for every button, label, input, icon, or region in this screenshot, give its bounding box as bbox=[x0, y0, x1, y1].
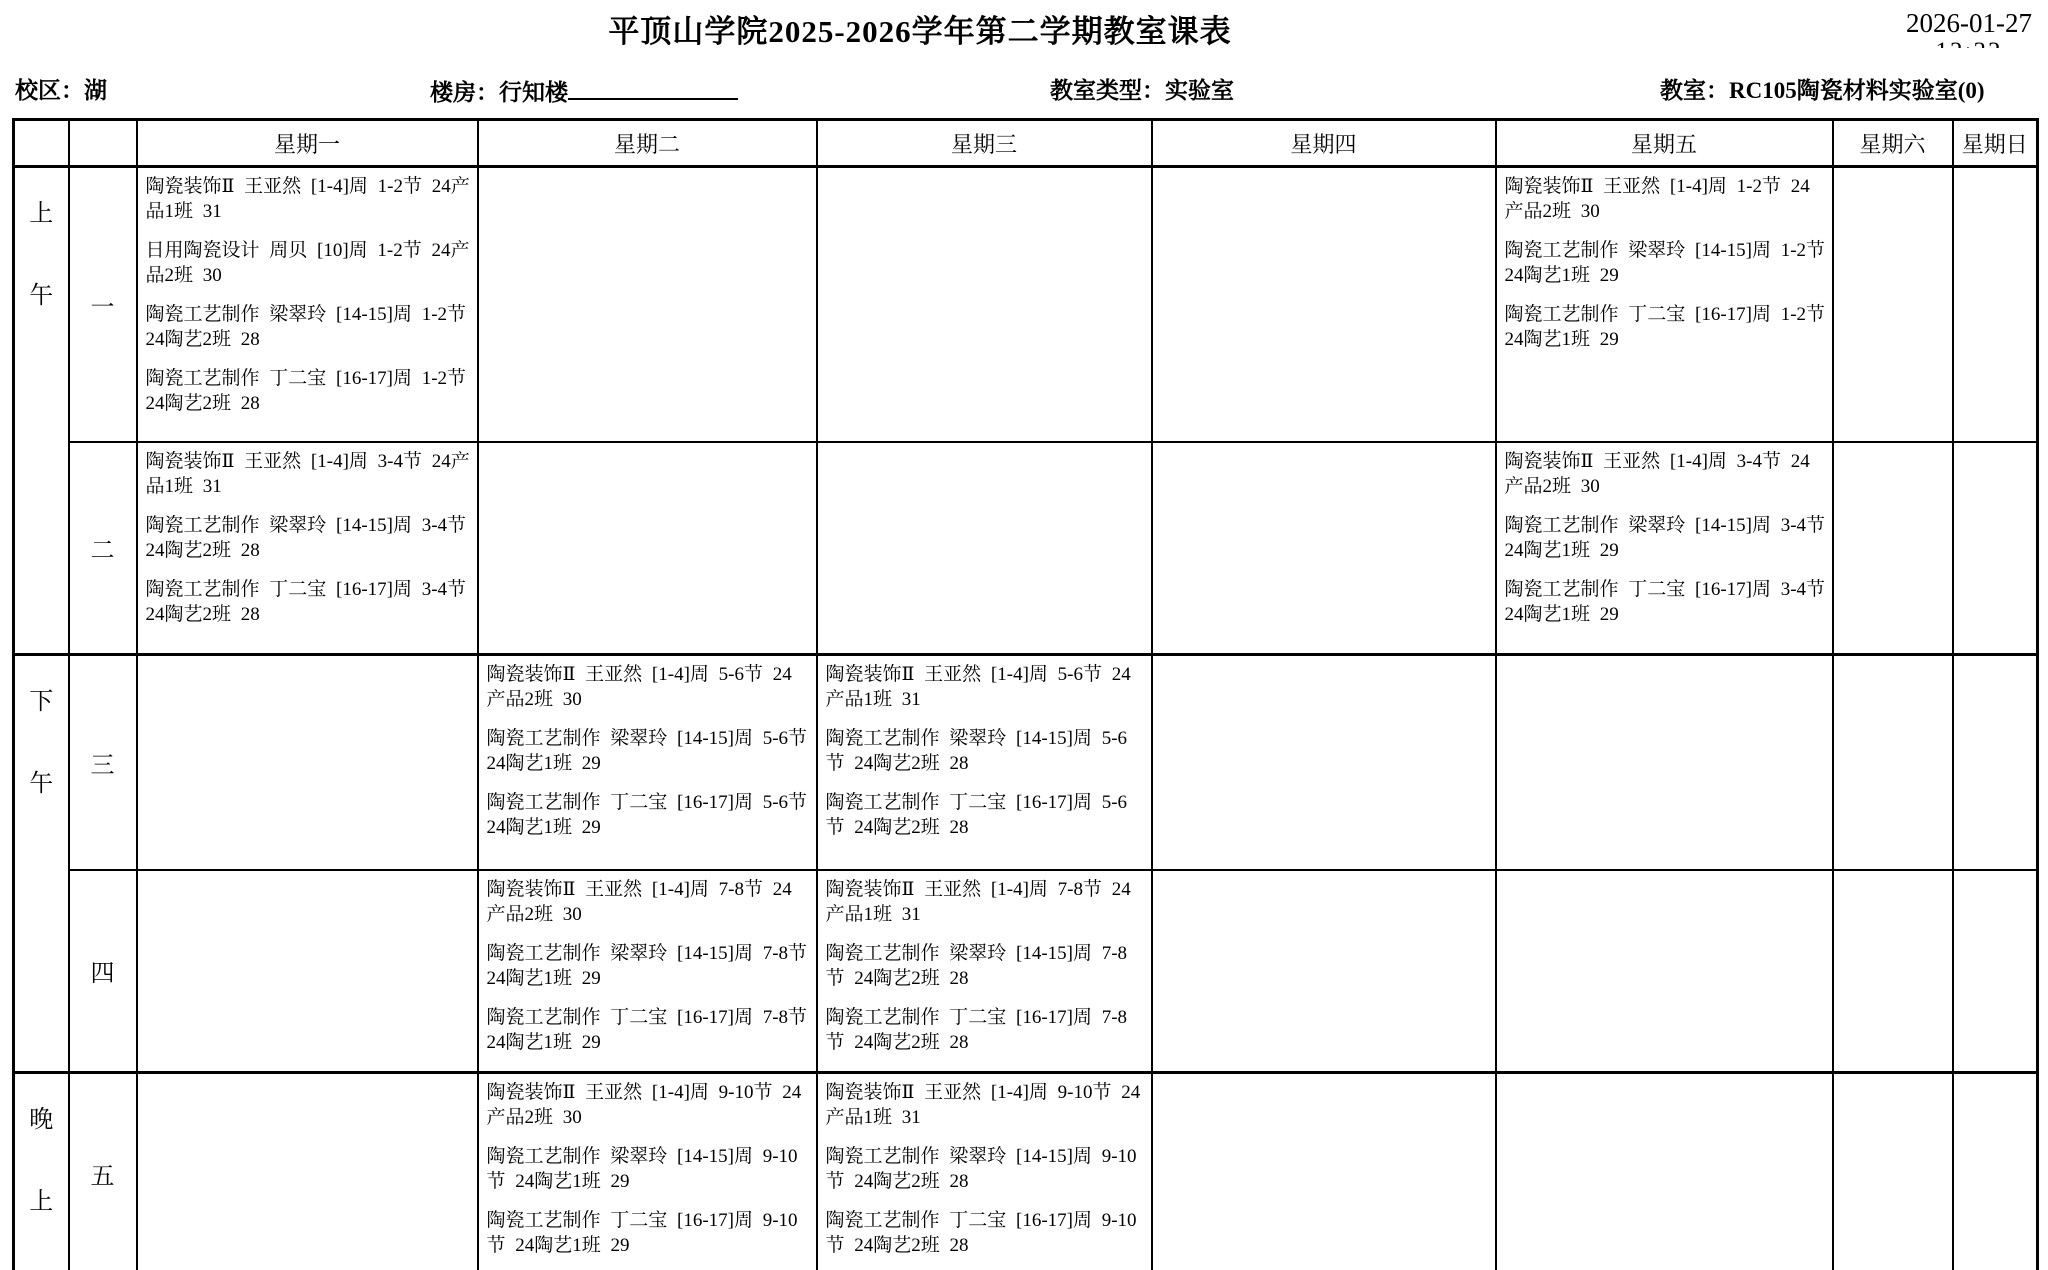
cell-tue-p4: 陶瓷装饰Ⅱ 王亚然 [1-4]周 7-8节 24产品2班 30陶瓷工艺制作 梁翠… bbox=[478, 870, 817, 1073]
print-date: 2026-01-27 bbox=[1906, 8, 2032, 38]
course-entry: 陶瓷工艺制作 梁翠玲 [14-15]周 9-10节 24陶艺2班 28 bbox=[826, 1144, 1145, 1194]
cell-wed-p1 bbox=[817, 167, 1152, 442]
cell-thu-p1 bbox=[1152, 167, 1496, 442]
cell-thu-p5 bbox=[1152, 1073, 1496, 1270]
day-header-friday: 星期五 bbox=[1496, 120, 1833, 167]
cell-fri-p1: 陶瓷装饰Ⅱ 王亚然 [1-4]周 1-2节 24产品2班 30陶瓷工艺制作 梁翠… bbox=[1496, 167, 1833, 442]
cell-thu-p3 bbox=[1152, 655, 1496, 870]
course-entry: 陶瓷工艺制作 梁翠玲 [14-15]周 7-8节 24陶艺1班 29 bbox=[487, 941, 810, 991]
day-header-saturday: 星期六 bbox=[1833, 120, 1953, 167]
day-header-wednesday: 星期三 bbox=[817, 120, 1152, 167]
cell-thu-p4 bbox=[1152, 870, 1496, 1073]
course-entry: 日用陶瓷设计 周贝 [10]周 1-2节 24产品2班 30 bbox=[146, 238, 471, 288]
cell-wed-p2 bbox=[817, 442, 1152, 655]
cell-sat-p5 bbox=[1833, 1073, 1953, 1270]
cell-thu-p2 bbox=[1152, 442, 1496, 655]
print-datetime: 2026-01-27 12:32 bbox=[1906, 8, 2032, 48]
day-header-tuesday: 星期二 bbox=[478, 120, 817, 167]
course-entry: 陶瓷装饰Ⅱ 王亚然 [1-4]周 3-4节 24产品2班 30 bbox=[1505, 449, 1826, 499]
cell-sat-p1 bbox=[1833, 167, 1953, 442]
course-entry: 陶瓷装饰Ⅱ 王亚然 [1-4]周 5-6节 24产品1班 31 bbox=[826, 662, 1145, 712]
course-entry: 陶瓷工艺制作 梁翠玲 [14-15]周 5-6节 24陶艺1班 29 bbox=[487, 726, 810, 776]
course-entry: 陶瓷装饰Ⅱ 王亚然 [1-4]周 3-4节 24产品1班 31 bbox=[146, 449, 471, 499]
cell-mon-p3 bbox=[137, 655, 478, 870]
period-row-4: 四 陶瓷装饰Ⅱ 王亚然 [1-4]周 7-8节 24产品2班 30陶瓷工艺制作 … bbox=[14, 870, 2038, 1073]
cell-fri-p3 bbox=[1496, 655, 1833, 870]
course-entry: 陶瓷工艺制作 丁二宝 [16-17]周 9-10节 24陶艺2班 28 bbox=[826, 1208, 1145, 1258]
print-time-clipped: 12:32 bbox=[1906, 38, 2032, 48]
course-entry: 陶瓷工艺制作 梁翠玲 [14-15]周 9-10节 24陶艺1班 29 bbox=[487, 1144, 810, 1194]
cell-sun-p3 bbox=[1953, 655, 2038, 870]
cell-tue-p5: 陶瓷装饰Ⅱ 王亚然 [1-4]周 9-10节 24产品2班 30陶瓷工艺制作 梁… bbox=[478, 1073, 817, 1270]
session-label-morning: 上 午 bbox=[14, 167, 69, 655]
campus-value: 湖 bbox=[84, 78, 107, 103]
building-field: 楼房：行知楼 bbox=[430, 72, 738, 107]
course-entry: 陶瓷装饰Ⅱ 王亚然 [1-4]周 7-8节 24产品1班 31 bbox=[826, 877, 1145, 927]
course-entry: 陶瓷装饰Ⅱ 王亚然 [1-4]周 7-8节 24产品2班 30 bbox=[487, 877, 810, 927]
cell-sat-p2 bbox=[1833, 442, 1953, 655]
cell-sat-p3 bbox=[1833, 655, 1953, 870]
course-entry: 陶瓷工艺制作 梁翠玲 [14-15]周 3-4节 24陶艺2班 28 bbox=[146, 513, 471, 563]
cell-tue-p3: 陶瓷装饰Ⅱ 王亚然 [1-4]周 5-6节 24产品2班 30陶瓷工艺制作 梁翠… bbox=[478, 655, 817, 870]
session-label-evening: 晚 上 bbox=[14, 1073, 69, 1270]
course-entry: 陶瓷装饰Ⅱ 王亚然 [1-4]周 1-2节 24产品1班 31 bbox=[146, 174, 471, 224]
cell-mon-p4 bbox=[137, 870, 478, 1073]
period-row-1: 上 午 一 陶瓷装饰Ⅱ 王亚然 [1-4]周 1-2节 24产品1班 31日用陶… bbox=[14, 167, 2038, 442]
day-header-sunday: 星期日 bbox=[1953, 120, 2038, 167]
cell-fri-p2: 陶瓷装饰Ⅱ 王亚然 [1-4]周 3-4节 24产品2班 30陶瓷工艺制作 梁翠… bbox=[1496, 442, 1833, 655]
course-entry: 陶瓷工艺制作 丁二宝 [16-17]周 7-8节 24陶艺2班 28 bbox=[826, 1005, 1145, 1055]
room-label: 教室： bbox=[1660, 78, 1729, 103]
building-label: 楼房： bbox=[430, 80, 499, 105]
course-entry: 陶瓷装饰Ⅱ 王亚然 [1-4]周 1-2节 24产品2班 30 bbox=[1505, 174, 1826, 224]
period-label-1: 一 bbox=[69, 167, 137, 442]
course-entry: 陶瓷装饰Ⅱ 王亚然 [1-4]周 9-10节 24产品2班 30 bbox=[487, 1080, 810, 1130]
room-type-label: 教室类型： bbox=[1050, 78, 1165, 103]
day-header-monday: 星期一 bbox=[137, 120, 478, 167]
info-bar: 校区：湖 楼房：行知楼 教室类型：实验室 教室：RC105陶瓷材料实验室(0) bbox=[0, 72, 2048, 106]
cell-wed-p4: 陶瓷装饰Ⅱ 王亚然 [1-4]周 7-8节 24产品1班 31陶瓷工艺制作 梁翠… bbox=[817, 870, 1152, 1073]
cell-tue-p1 bbox=[478, 167, 817, 442]
course-entry: 陶瓷工艺制作 丁二宝 [16-17]周 3-4节 24陶艺1班 29 bbox=[1505, 577, 1826, 627]
cell-sun-p4 bbox=[1953, 870, 2038, 1073]
cell-sun-p2 bbox=[1953, 442, 2038, 655]
course-entry: 陶瓷工艺制作 梁翠玲 [14-15]周 7-8节 24陶艺2班 28 bbox=[826, 941, 1145, 991]
course-entry: 陶瓷工艺制作 丁二宝 [16-17]周 1-2节 24陶艺1班 29 bbox=[1505, 302, 1826, 352]
period-label-5: 五 bbox=[69, 1073, 137, 1270]
course-entry: 陶瓷工艺制作 丁二宝 [16-17]周 5-6节 24陶艺2班 28 bbox=[826, 790, 1145, 840]
cell-tue-p2 bbox=[478, 442, 817, 655]
period-label-2: 二 bbox=[69, 442, 137, 655]
corner-session-cell bbox=[14, 120, 69, 167]
course-entry: 陶瓷工艺制作 梁翠玲 [14-15]周 1-2节 24陶艺2班 28 bbox=[146, 302, 471, 352]
cell-sat-p4 bbox=[1833, 870, 1953, 1073]
period-label-3: 三 bbox=[69, 655, 137, 870]
course-entry: 陶瓷工艺制作 梁翠玲 [14-15]周 3-4节 24陶艺1班 29 bbox=[1505, 513, 1826, 563]
course-entry: 陶瓷工艺制作 丁二宝 [16-17]周 3-4节 24陶艺2班 28 bbox=[146, 577, 471, 627]
course-entry: 陶瓷工艺制作 丁二宝 [16-17]周 7-8节 24陶艺1班 29 bbox=[487, 1005, 810, 1055]
cell-mon-p2: 陶瓷装饰Ⅱ 王亚然 [1-4]周 3-4节 24产品1班 31陶瓷工艺制作 梁翠… bbox=[137, 442, 478, 655]
cell-sun-p1 bbox=[1953, 167, 2038, 442]
timetable: 星期一 星期二 星期三 星期四 星期五 星期六 星期日 上 午 一 陶瓷装饰Ⅱ … bbox=[12, 118, 2039, 1270]
course-entry: 陶瓷工艺制作 梁翠玲 [14-15]周 5-6节 24陶艺2班 28 bbox=[826, 726, 1145, 776]
building-blank-underline bbox=[568, 72, 738, 100]
campus-label: 校区： bbox=[15, 78, 84, 103]
course-entry: 陶瓷工艺制作 丁二宝 [16-17]周 9-10节 24陶艺1班 29 bbox=[487, 1208, 810, 1258]
cell-wed-p5: 陶瓷装饰Ⅱ 王亚然 [1-4]周 9-10节 24产品1班 31陶瓷工艺制作 梁… bbox=[817, 1073, 1152, 1270]
day-header-row: 星期一 星期二 星期三 星期四 星期五 星期六 星期日 bbox=[14, 120, 2038, 167]
period-row-5: 晚 上 五 陶瓷装饰Ⅱ 王亚然 [1-4]周 9-10节 24产品2班 30陶瓷… bbox=[14, 1073, 2038, 1270]
cell-wed-p3: 陶瓷装饰Ⅱ 王亚然 [1-4]周 5-6节 24产品1班 31陶瓷工艺制作 梁翠… bbox=[817, 655, 1152, 870]
cell-fri-p4 bbox=[1496, 870, 1833, 1073]
course-entry: 陶瓷工艺制作 丁二宝 [16-17]周 5-6节 24陶艺1班 29 bbox=[487, 790, 810, 840]
timetable-page: { "page": { "title": "平顶山学院2025-2026学年第二… bbox=[0, 0, 2048, 1270]
room-value: RC105陶瓷材料实验室(0) bbox=[1729, 78, 1985, 103]
campus-field: 校区：湖 bbox=[15, 72, 107, 105]
course-entry: 陶瓷工艺制作 梁翠玲 [14-15]周 1-2节 24陶艺1班 29 bbox=[1505, 238, 1826, 288]
period-row-2: 二 陶瓷装饰Ⅱ 王亚然 [1-4]周 3-4节 24产品1班 31陶瓷工艺制作 … bbox=[14, 442, 2038, 655]
cell-mon-p5 bbox=[137, 1073, 478, 1270]
cell-fri-p5 bbox=[1496, 1073, 1833, 1270]
cell-mon-p1: 陶瓷装饰Ⅱ 王亚然 [1-4]周 1-2节 24产品1班 31日用陶瓷设计 周贝… bbox=[137, 167, 478, 442]
cell-sun-p5 bbox=[1953, 1073, 2038, 1270]
course-entry: 陶瓷工艺制作 丁二宝 [16-17]周 1-2节 24陶艺2班 28 bbox=[146, 366, 471, 416]
room-field: 教室：RC105陶瓷材料实验室(0) bbox=[1660, 72, 1985, 105]
period-row-3: 下 午 三 陶瓷装饰Ⅱ 王亚然 [1-4]周 5-6节 24产品2班 30陶瓷工… bbox=[14, 655, 2038, 870]
room-type-value: 实验室 bbox=[1165, 78, 1234, 103]
course-entry: 陶瓷装饰Ⅱ 王亚然 [1-4]周 5-6节 24产品2班 30 bbox=[487, 662, 810, 712]
building-value: 行知楼 bbox=[499, 80, 568, 105]
session-label-afternoon: 下 午 bbox=[14, 655, 69, 1073]
course-entry: 陶瓷装饰Ⅱ 王亚然 [1-4]周 9-10节 24产品1班 31 bbox=[826, 1080, 1145, 1130]
page-title: 平顶山学院2025-2026学年第二学期教室课表 bbox=[0, 6, 1840, 51]
day-header-thursday: 星期四 bbox=[1152, 120, 1496, 167]
room-type-field: 教室类型：实验室 bbox=[1050, 72, 1234, 105]
period-label-4: 四 bbox=[69, 870, 137, 1073]
corner-period-cell bbox=[69, 120, 137, 167]
